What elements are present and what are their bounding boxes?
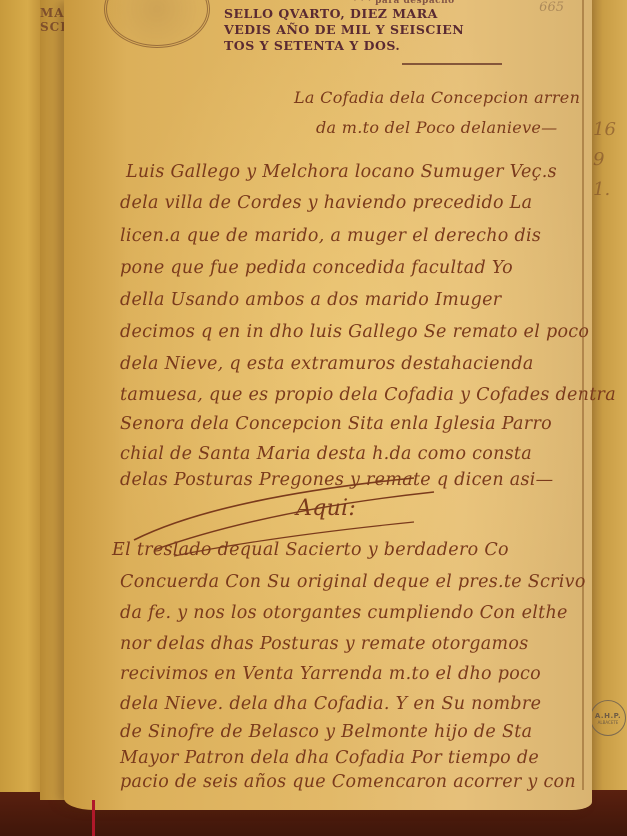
body-line: da fe. y nos los otorgantes cumpliendo C… — [120, 603, 568, 623]
stamp-rule-line — [402, 63, 502, 65]
bookmark-ribbon — [92, 800, 95, 836]
royal-seal-icon — [104, 0, 210, 48]
stamped-paper-header: · · · para despacho SELLO QVARTO, DIEZ M… — [224, 0, 524, 54]
body-line: nor delas dhas Posturas y remate otorgam… — [120, 634, 529, 654]
heading-line: La Cofadia dela Concepcion arren — [294, 88, 580, 107]
body-line: pone que fue pedida concedida facultad Y… — [120, 258, 513, 278]
body-line: de Sinofre de Belasco y Belmonte hijo de… — [120, 722, 532, 742]
body-line: recivimos en Venta Yarrenda m.to el dho … — [120, 664, 541, 684]
body-line: licen.a que de marido, a muger el derech… — [120, 226, 541, 246]
body-line: Senora dela Concepcion Sita enla Iglesia… — [120, 414, 552, 434]
body-line: chial de Santa Maria desta h.da como con… — [120, 444, 532, 464]
body-line: dela villa de Cordes y haviendo precedid… — [120, 193, 532, 213]
document-photo: MARA. SCIEN 16 9 1. A.H.P. ALBACETE 665 … — [0, 0, 627, 836]
body-line: dela Nieve, q esta extramuros destahacie… — [120, 354, 534, 374]
body-line: Luis Gallego y Melchora locano Sumuger V… — [126, 162, 557, 182]
body-line: pacio de seis años que Comencaron acorre… — [120, 772, 576, 792]
heading-line: da m.to del Poco delanieve— — [316, 118, 557, 137]
folio-number: 665 — [539, 0, 564, 15]
aqui-signature: Aqui: — [296, 496, 356, 521]
body-line: della Usando ambos a dos marido Imuger — [120, 290, 501, 310]
body-line: El treslado dequal Sacierto y berdadero … — [112, 540, 509, 560]
body-line: tamuesa, que es propio dela Cofadia y Co… — [120, 385, 616, 405]
body-line: dela Nieve. dela dha Cofadia. Y en Su no… — [120, 694, 541, 714]
right-page-fragments: 16 9 1. — [593, 115, 627, 205]
body-line: Concuerda Con Su original deque el pres.… — [120, 572, 586, 592]
body-line: decimos q en in dho luis Gallego Se rema… — [120, 322, 589, 342]
main-page: 665 · · · para despacho SELLO QVARTO, DI… — [64, 0, 592, 810]
archive-stamp-icon: A.H.P. ALBACETE — [590, 700, 626, 736]
body-line: Mayor Patron dela dha Cofadia Por tiempo… — [120, 748, 539, 768]
